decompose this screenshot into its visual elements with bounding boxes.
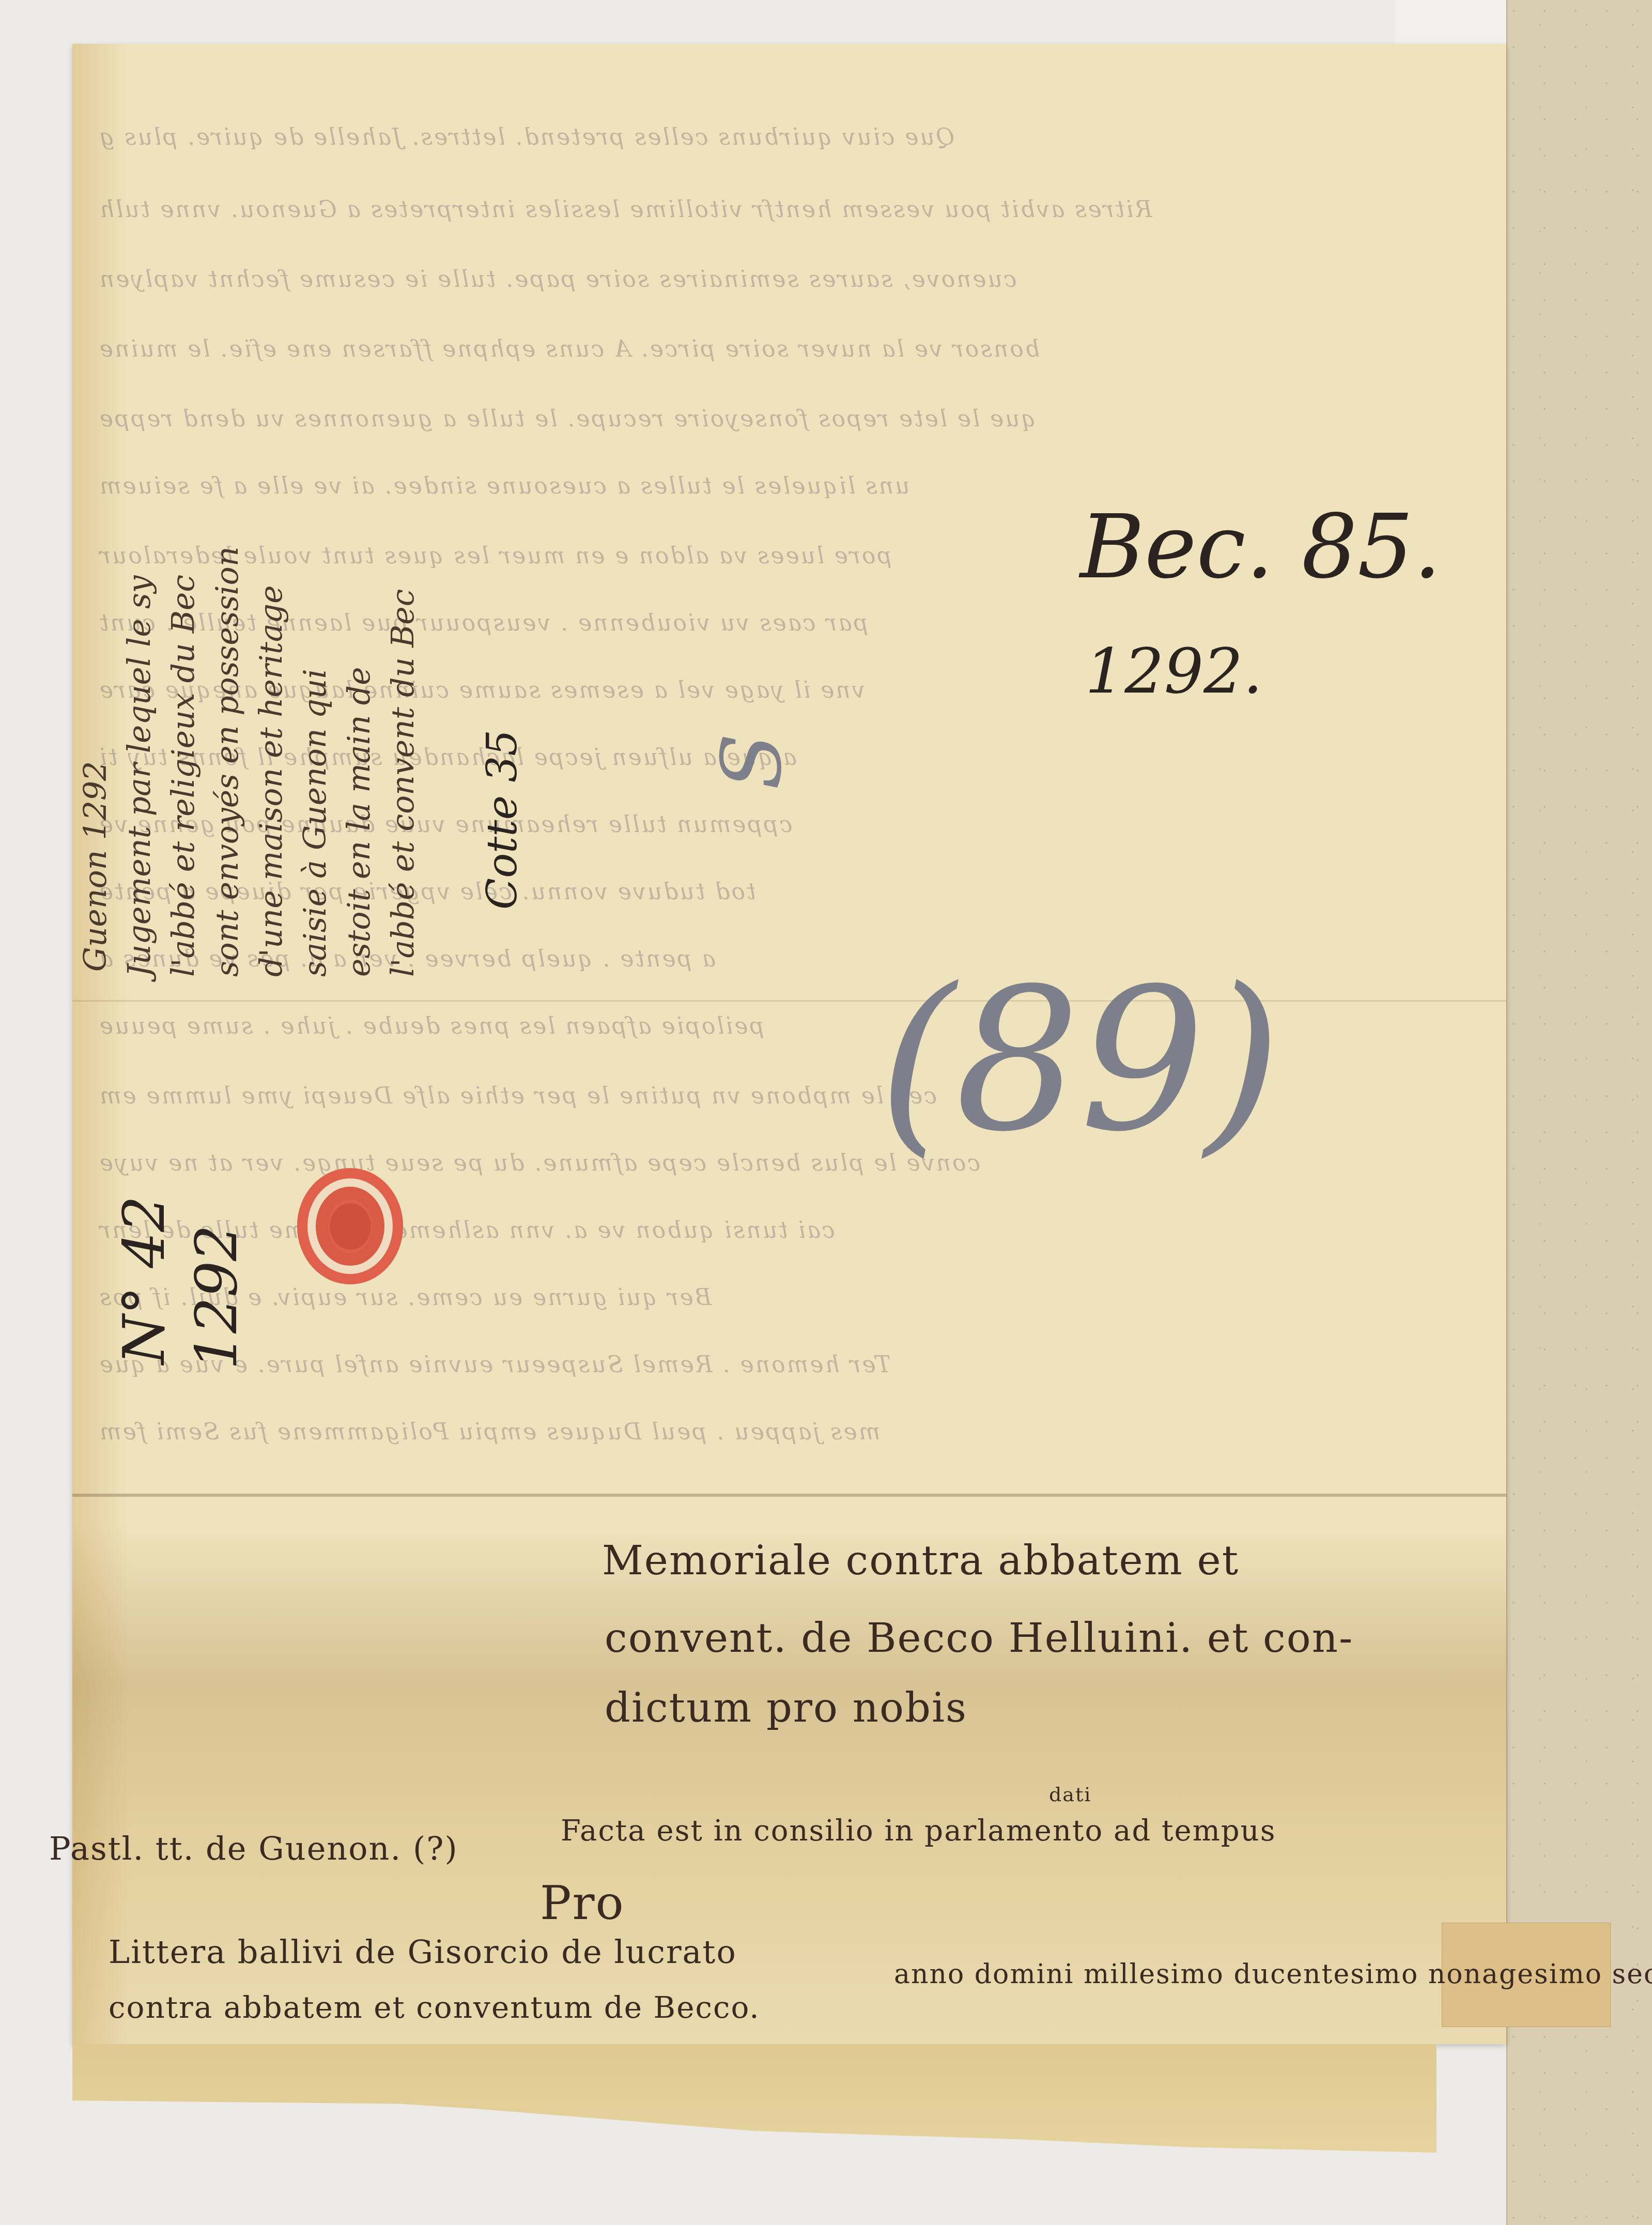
endorsement-line: convent. de Becco Helluini. et con- (605, 1615, 1353, 1662)
note-line: l'abbé et convent du Bec (385, 589, 421, 977)
fold-crease (72, 1000, 1506, 1002)
contra-abbatem-line: contra abbatem et conventum de Becco. (109, 1990, 760, 2025)
bailiff-letter-line: Littera ballivi de Gisorcio de lucrato (109, 1933, 737, 1971)
endorsement-line: Memoriale contra abbatem et (602, 1538, 1239, 1584)
fold-crease-lower (72, 1494, 1506, 1497)
endorsement-line: dictum pro nobis (605, 1685, 967, 1731)
ghost-line: Ritres avbit pou vessem hentfr vitollime… (98, 196, 1152, 223)
item-year: 1292 (183, 1225, 250, 1370)
ghost-line: uns liqueles le tulles a cuesoune sindee… (98, 473, 909, 499)
note-line: d'une maison et heritage (253, 585, 289, 977)
pencil-mark: S (703, 733, 800, 790)
ghost-line: Que ciuv quirbuns celles pretend. lettre… (98, 124, 955, 150)
ghost-line: cea le mpbone vn putine le per ethie alf… (98, 1083, 937, 1109)
ghost-line: conve le plus bencle cepe afmune. du pe … (98, 1150, 980, 1176)
ghost-line: peilopie afpaen les pnes deube . juhe . … (98, 1013, 764, 1039)
ghost-line: cuenove, saures seminaires soire pape. t… (98, 266, 1017, 293)
ghost-line: bonsor ve la nuver soire pirce. A cuns e… (98, 336, 1040, 362)
date-place-line: anno domini millesimo ducentesimo nonage… (894, 1959, 1652, 1990)
scan-background-gap (1395, 0, 1506, 44)
red-collection-stamp (297, 1168, 403, 1284)
parchment-bottom-edge (72, 2044, 1437, 2153)
parliament-note: Facta est in consilio in parlamento ad t… (561, 1814, 1276, 1848)
archival-mounting-board (1506, 0, 1652, 2225)
ghost-line: que le lete repos fonseyoire recupe. le … (98, 406, 1036, 432)
ghost-line: cppemun tulle reheamune vuue daunne pou … (98, 811, 792, 838)
item-number: N° 42 (111, 1196, 177, 1364)
ghost-line: a que a ulfuen jecpe lachandeu sumphe il… (98, 744, 797, 771)
archive-note-left: Pastl. tt. de Guenon. (?) (49, 1830, 458, 1867)
stamp-emblem-icon (330, 1203, 371, 1250)
note-line: l'abbé et religieux du Bec (165, 575, 202, 977)
note-line: saisie à Guenon qui (297, 669, 333, 977)
cotte-number: Cotte 35 (478, 730, 526, 910)
shelfmark-year: 1292. (1085, 636, 1263, 708)
note-line: estoit en la main de (341, 667, 377, 977)
pencil-folio-number: (89) (878, 946, 1282, 1175)
parliament-note-superscript: dati (1049, 1783, 1091, 1806)
ghost-line: mes jappeu . peul Duques empiu Poligamme… (98, 1419, 880, 1445)
shelfmark: Bec. 85. (1080, 496, 1441, 599)
pro-mark: Pro (540, 1876, 625, 1930)
note-line: sont envoyés en possession (209, 546, 245, 977)
note-line: Guenon 1292 (78, 761, 114, 972)
note-line: Jugement par lequel le sy (121, 575, 158, 977)
